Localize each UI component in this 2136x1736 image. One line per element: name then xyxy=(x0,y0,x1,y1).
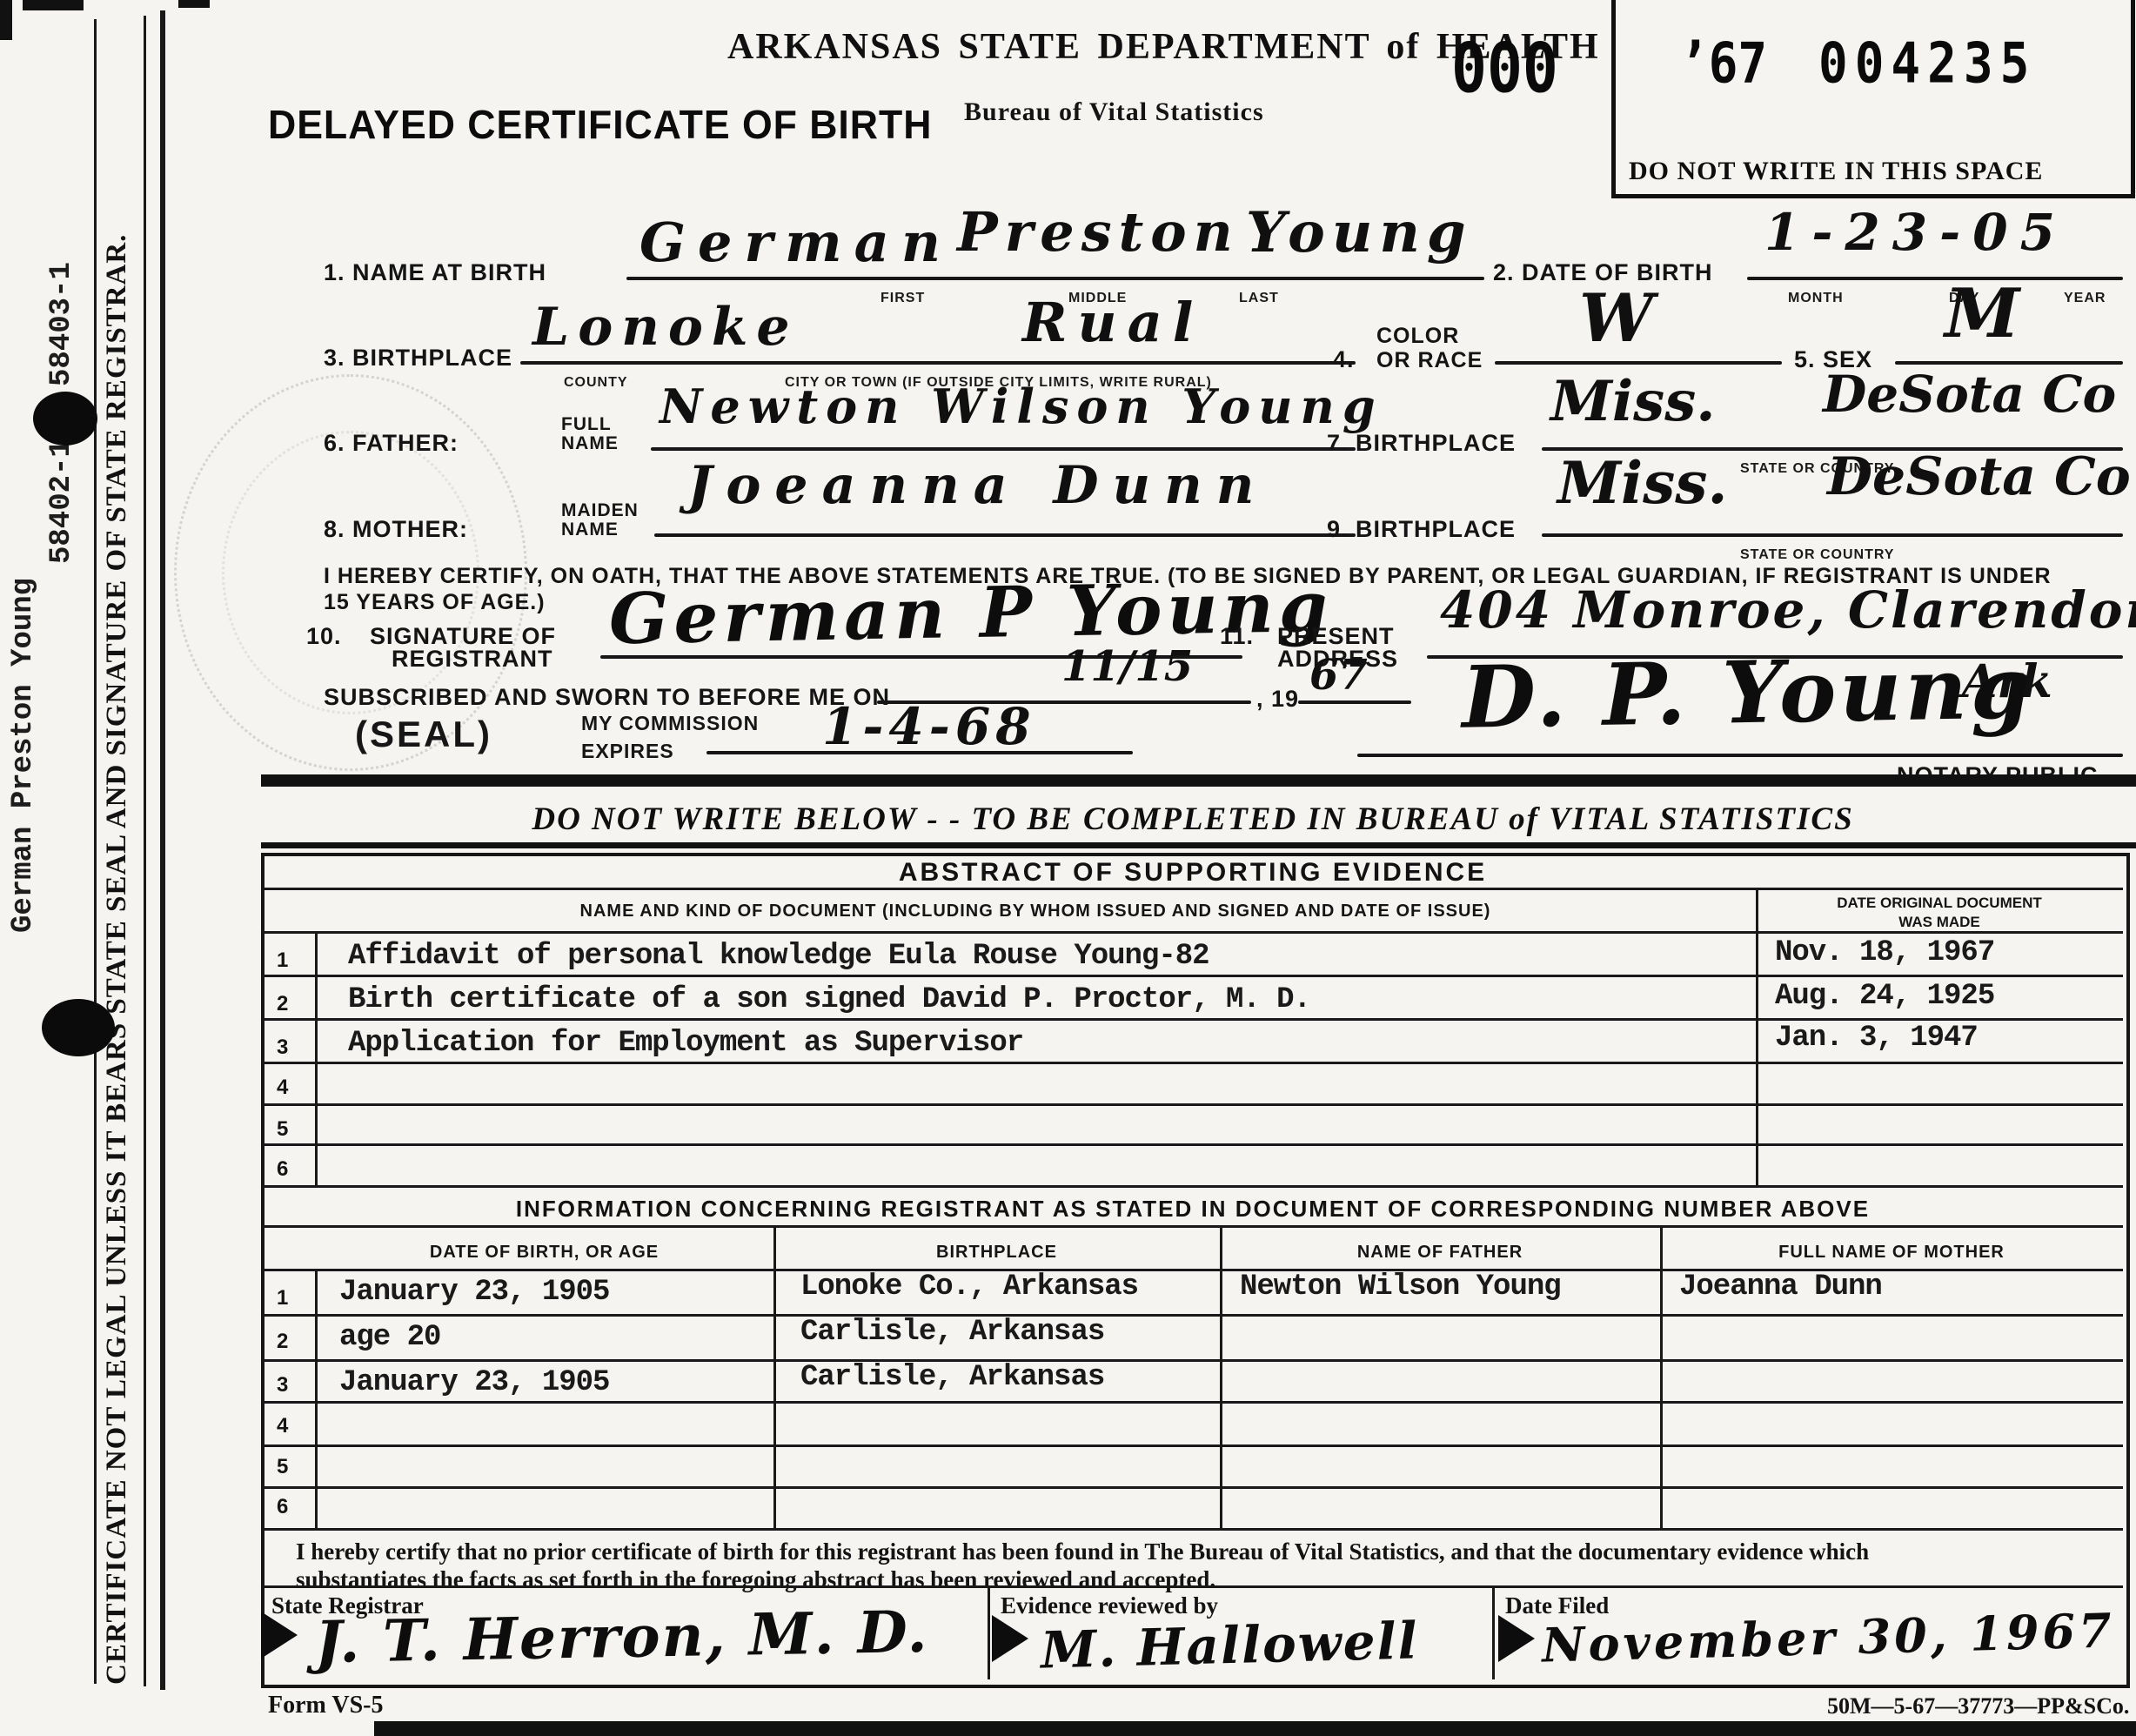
divider xyxy=(263,1444,2123,1447)
field4-number: 4. xyxy=(1333,346,1355,373)
field1-middle-value: Preston xyxy=(957,205,1240,259)
scan-mark xyxy=(23,0,84,10)
section-divider-bar xyxy=(261,774,2136,787)
info-row-number: 3 xyxy=(277,1373,288,1398)
field1-sub-first: FIRST xyxy=(881,291,925,306)
abstract-date-cell: Jan. 3, 1947 xyxy=(1775,1023,1978,1053)
field7-label: 7. BIRTHPLACE xyxy=(1327,430,1516,457)
sworn-label: SUBSCRIBED AND SWORN TO BEFORE ME ON xyxy=(324,684,890,711)
info-banner: INFORMATION CONCERNING REGISTRANT AS STA… xyxy=(263,1196,2123,1223)
stamp-year: ’67 xyxy=(1679,31,1767,97)
divider xyxy=(263,1528,2123,1531)
abstract-row-number: 1 xyxy=(277,948,288,973)
state-registrar-signature: J. T. Herron, M. D. xyxy=(314,1603,928,1671)
field9-line xyxy=(1542,533,2123,537)
divider xyxy=(1220,1225,1222,1530)
field3-line xyxy=(520,361,1356,365)
info-row-number: 2 xyxy=(277,1330,288,1354)
divider xyxy=(988,1585,990,1679)
sidebar-reference-name: German Preston Young xyxy=(7,578,40,933)
field1-sub-last: LAST xyxy=(1239,291,1279,306)
bureau-banner: DO NOT WRITE BELOW - - TO BE COMPLETED I… xyxy=(263,801,2123,838)
field7-state-value: Miss. xyxy=(1550,374,1716,430)
field4-value: W xyxy=(1579,285,1653,352)
abstract-document-cell: Birth certificate of a son signed David … xyxy=(348,985,1310,1015)
divider xyxy=(263,1225,2123,1228)
commission-label-line2: EXPIRES xyxy=(581,740,674,763)
sworn-date-value: 11/15 xyxy=(1061,646,1193,687)
divider xyxy=(1492,1585,1495,1679)
divider xyxy=(263,1401,2123,1404)
abstract-row-number: 2 xyxy=(277,992,288,1016)
scan-mark xyxy=(178,0,210,8)
punch-hole xyxy=(42,999,115,1056)
divider xyxy=(263,1018,2123,1021)
field6-line xyxy=(651,447,1356,451)
banner-underline-bar xyxy=(261,842,2136,848)
divider xyxy=(263,1486,2123,1489)
print-code: 50M—5-67—37773—PP&SCo. xyxy=(1827,1693,2129,1719)
divider xyxy=(315,1269,318,1530)
field10-number: 10. xyxy=(306,623,342,650)
sidebar-rule xyxy=(144,16,146,1686)
info-row-number: 4 xyxy=(277,1414,288,1438)
field8-sub1: MAIDEN xyxy=(561,500,639,521)
field9-label: 9. BIRTHPLACE xyxy=(1327,516,1516,543)
sidebar-rule xyxy=(94,19,97,1684)
field1-label: 1. NAME AT BIRTH xyxy=(324,259,546,286)
evidence-reviewed-label: Evidence reviewed by xyxy=(1001,1592,1218,1619)
info-col2-header: BIRTHPLACE xyxy=(773,1243,1220,1263)
date-filed-value: November 30, 1967 xyxy=(1541,1606,2115,1668)
divider xyxy=(263,1143,2123,1146)
abstract-col-date-header-line2: WAS MADE xyxy=(1759,914,2119,931)
field6-sub2: NAME xyxy=(561,433,619,454)
divider xyxy=(263,1314,2123,1317)
field2-sub-year: YEAR xyxy=(2064,291,2106,306)
divider xyxy=(263,1062,2123,1064)
field4-line xyxy=(1495,361,1782,365)
field9-county-value: DeSota Co xyxy=(1827,451,2131,503)
field3-county-value: Lonoke xyxy=(532,301,799,353)
scan-mark xyxy=(0,0,12,40)
stamp-overprint: 000 xyxy=(1451,30,1558,109)
stamp-number: 004235 xyxy=(1818,31,2036,97)
oath-line2: 15 YEARS OF AGE.) xyxy=(324,590,546,615)
field11-number: 11. xyxy=(1220,623,1254,650)
form-title: DELAYED CERTIFICATE OF BIRTH xyxy=(268,101,932,148)
info-birthplace-cell: Carlisle, Arkansas xyxy=(800,1363,1104,1392)
abstract-date-cell: Nov. 18, 1967 xyxy=(1775,938,1994,968)
field6-sub1: FULL xyxy=(561,414,612,435)
field3-city-value: Rual xyxy=(1022,296,1203,350)
punch-hole xyxy=(33,392,97,446)
sidebar-rule xyxy=(160,10,165,1690)
abstract-document-cell: Application for Employment as Supervisor xyxy=(348,1029,1023,1058)
abstract-col-date-header-line1: DATE ORIGINAL DOCUMENT xyxy=(1759,895,2119,912)
info-mother-cell: Joeanna Dunn xyxy=(1679,1272,1882,1302)
field1-first-value: German xyxy=(639,216,953,270)
info-dob-cell: January 23, 1905 xyxy=(339,1277,609,1307)
arrow-marker-icon xyxy=(1498,1615,1535,1662)
abstract-col-document-header: NAME AND KIND OF DOCUMENT (INCLUDING BY … xyxy=(315,902,1756,922)
abstract-row-number: 4 xyxy=(277,1076,288,1100)
info-col1-header: DATE OF BIRTH, OR AGE xyxy=(315,1243,773,1263)
field8-label: 8. MOTHER: xyxy=(324,516,468,543)
info-dob-cell: age 20 xyxy=(339,1323,440,1352)
certification-line1: I hereby certify that no prior certifica… xyxy=(296,1538,1869,1565)
abstract-row-number: 3 xyxy=(277,1036,288,1060)
certification-line2: substantiates the facts as set forth in … xyxy=(296,1566,1215,1593)
info-row-number: 6 xyxy=(277,1495,288,1519)
divider xyxy=(1660,1225,1663,1530)
divider xyxy=(263,1359,2123,1362)
field5-value: M xyxy=(1945,280,2019,348)
field4-label-line1: COLOR xyxy=(1376,324,1459,349)
bureau-subtitle: Bureau of Vital Statistics xyxy=(964,97,1264,127)
commission-value: 1-4-68 xyxy=(822,701,1036,752)
info-birthplace-cell: Lonoke Co., Arkansas xyxy=(800,1272,1138,1302)
notary-line xyxy=(1357,754,2123,757)
field9-sub: STATE OR COUNTRY xyxy=(1740,547,1894,563)
sworn-year-prefix: , 19 xyxy=(1256,686,1299,713)
field8-sub2: NAME xyxy=(561,519,619,540)
info-dob-cell: January 23, 1905 xyxy=(339,1368,609,1398)
form-number: Form VS-5 xyxy=(268,1692,383,1719)
abstract-title: ABSTRACT OF SUPPORTING EVIDENCE xyxy=(263,858,2123,888)
do-not-write-note: DO NOT WRITE IN THIS SPACE xyxy=(1629,157,2043,186)
field1-line xyxy=(626,277,1484,280)
divider xyxy=(315,931,318,1188)
field3-label: 3. BIRTHPLACE xyxy=(324,345,512,372)
field3-sub-county: COUNTY xyxy=(564,375,628,391)
abstract-row-number: 6 xyxy=(277,1157,288,1182)
sworn-year-line xyxy=(1298,700,1411,704)
evidence-reviewed-signature: M. Hallowell xyxy=(1040,1615,1419,1675)
info-row-number: 5 xyxy=(277,1455,288,1479)
abstract-row-number: 5 xyxy=(277,1117,288,1142)
field8-value: Joeanna Dunn xyxy=(687,459,1268,512)
field10-label-line2: REGISTRANT xyxy=(392,646,553,673)
field7-county-value: DeSota Co xyxy=(1823,369,2116,419)
divider xyxy=(773,1225,776,1530)
info-birthplace-cell: Carlisle, Arkansas xyxy=(800,1317,1104,1347)
divider xyxy=(263,1103,2123,1106)
divider xyxy=(263,975,2123,977)
field6-label: 6. FATHER: xyxy=(324,430,459,457)
sworn-year-value: 67 xyxy=(1309,654,1368,696)
field1-last-value: Young xyxy=(1246,205,1473,261)
arrow-marker-icon xyxy=(992,1615,1028,1662)
field4-label-line2: OR RACE xyxy=(1376,348,1483,373)
divider xyxy=(263,1185,2123,1188)
field2-sub-month: MONTH xyxy=(1788,291,1844,306)
field9-state-value: Miss. xyxy=(1557,454,1727,512)
info-col3-header: NAME OF FATHER xyxy=(1220,1243,1660,1263)
info-col4-header: FULL NAME OF MOTHER xyxy=(1660,1243,2123,1263)
seal-label: (SEAL) xyxy=(355,714,492,755)
arrow-marker-icon xyxy=(261,1612,298,1659)
field11-value-line1: 404 Monroe, Clarendon xyxy=(1440,585,2136,635)
info-row-number: 1 xyxy=(277,1286,288,1310)
info-father-cell: Newton Wilson Young xyxy=(1240,1272,1561,1302)
abstract-date-cell: Aug. 24, 1925 xyxy=(1775,982,1994,1011)
sidebar-legal-notice: CERTIFICATE NOT LEGAL UNLESS IT BEARS ST… xyxy=(101,234,133,1685)
field2-value: 1-23-05 xyxy=(1764,207,2067,258)
field2-line xyxy=(1747,277,2123,280)
divider xyxy=(263,931,2123,934)
divider xyxy=(263,1585,2123,1588)
commission-label-line1: MY COMMISSION xyxy=(581,712,759,735)
field6-value: Newton Wilson Young xyxy=(660,383,1383,430)
notary-signature: D. P. Young xyxy=(1461,646,2034,741)
abstract-document-cell: Affidavit of personal knowledge Eula Rou… xyxy=(348,942,1209,971)
divider xyxy=(263,888,2123,890)
field8-line xyxy=(654,533,1356,537)
bottom-edge-bar xyxy=(374,1721,2136,1736)
